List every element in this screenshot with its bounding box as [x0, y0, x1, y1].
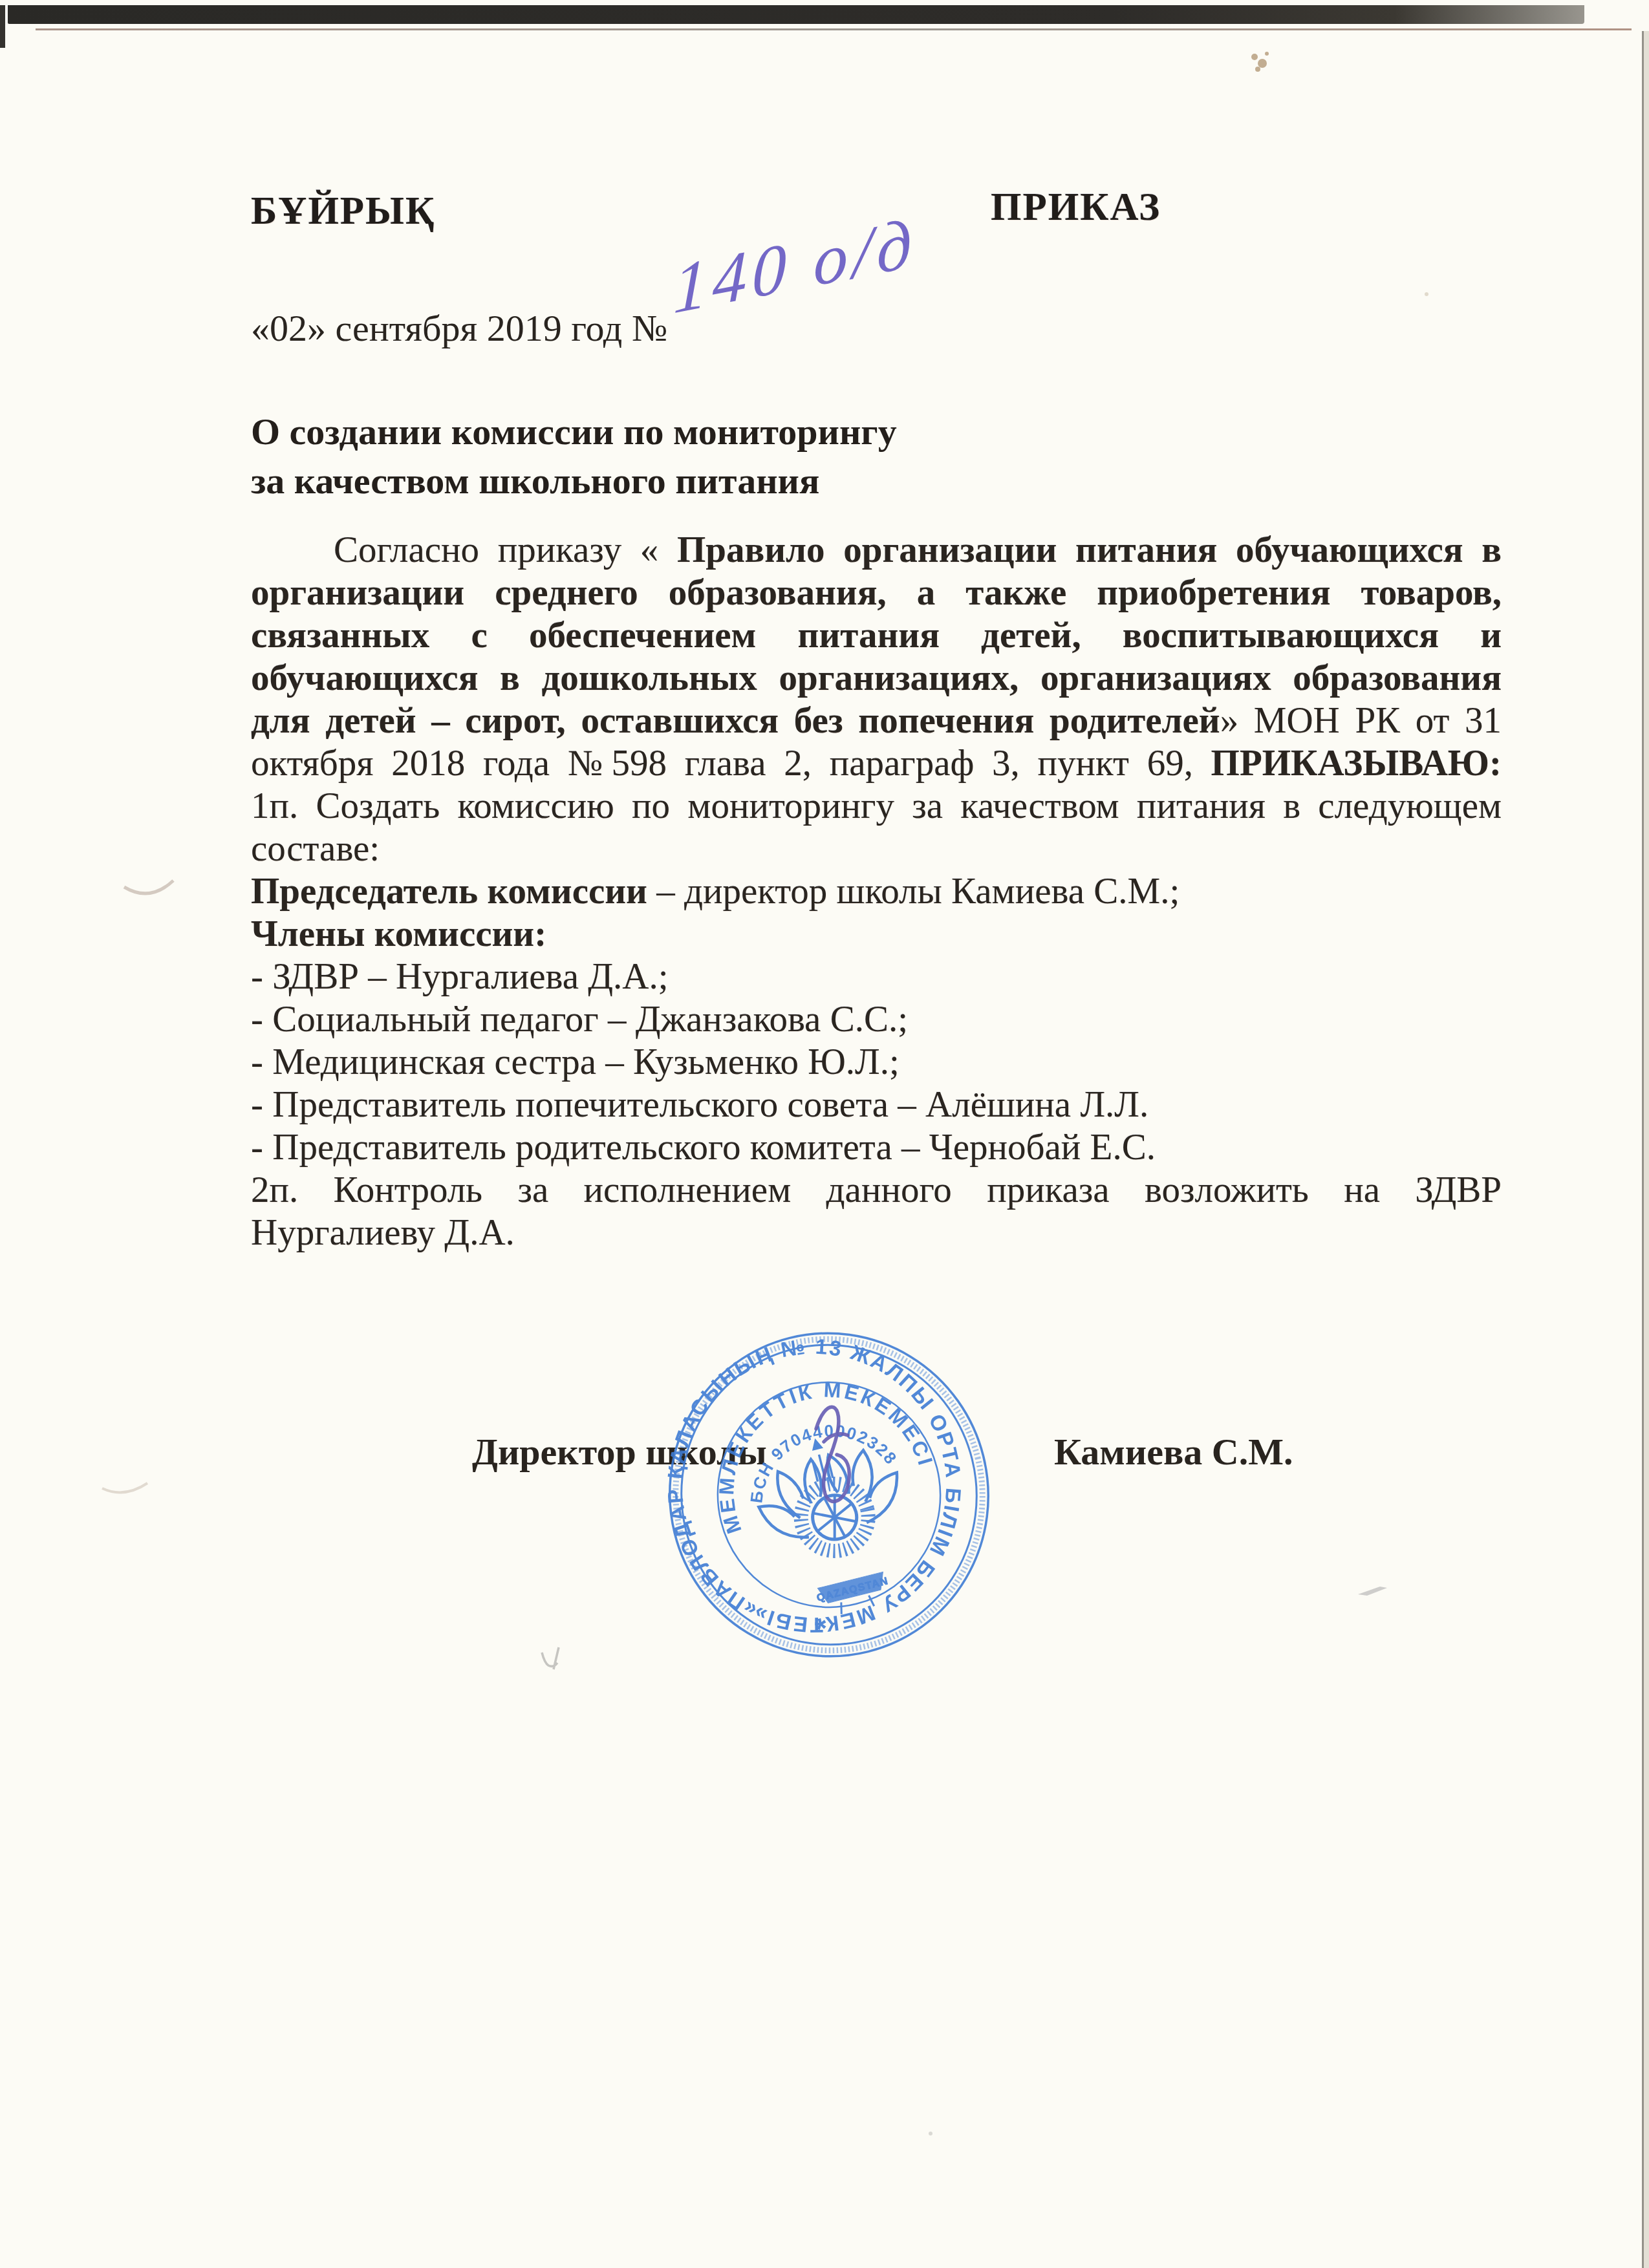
body-line: - Представитель родительского комитета –… [251, 1126, 1502, 1169]
body-line: Члены комиссии: [251, 913, 1502, 956]
body-text-regular: » МОН РК от 31 [1220, 700, 1502, 741]
body-line: составе: [251, 828, 1502, 870]
body-text-regular: – директор школы Камиева С.М.; [647, 871, 1180, 912]
body-text-bold: организации среднего образования, а такж… [251, 572, 1502, 613]
stamp-outer-text: «ПАВЛОДАР ҚАЛАСЫНЫҢ № 13 ЖАЛПЫ ОРТА БІЛІ… [661, 1324, 997, 1660]
body-text-regular: - Медицинская сестра – Кузьменко Ю.Л.; [251, 1042, 900, 1082]
body-text-regular: 1п. Создать комиссию по мониторингу за к… [251, 786, 1502, 826]
body-text-regular: Согласно приказу « [334, 530, 677, 570]
gray-dash-mark [1358, 1587, 1387, 1596]
body-text-bold: обучающихся в дошкольных организациях, о… [251, 658, 1502, 698]
title-kazakh: БҰЙРЫҚ [251, 189, 435, 234]
body-text-regular: составе: [251, 828, 380, 869]
body-line: Нургалиеву Д.А. [251, 1212, 1502, 1254]
body-line: Председатель комиссии – директор школы К… [251, 870, 1502, 913]
body-line: связанных с обеспечением питания детей, … [251, 614, 1502, 657]
body-text-bold: для детей – сирот, оставшихся без попече… [251, 700, 1220, 741]
signature-name: Камиева С.М. [1054, 1430, 1293, 1473]
body-line: - ЗДВР – Нургалиева Д.А.; [251, 956, 1502, 998]
handwritten-order-number: 140 о/д [673, 180, 1029, 331]
order-subject: О создании комиссии по мониторингу за ка… [251, 407, 897, 506]
subject-line-2: за качеством школьного питания [251, 456, 897, 506]
body-text-bold: Председатель комиссии [251, 871, 647, 912]
speck-2 [929, 2132, 932, 2135]
speck-1 [1425, 292, 1428, 296]
document-page: БҰЙРЫҚ ПРИКАЗ «02» сентября 2019 год № 1… [0, 0, 1649, 2268]
official-stamp: «ПАВЛОДАР ҚАЛАСЫНЫҢ № 13 ЖАЛПЫ ОРТА БІЛІ… [661, 1324, 997, 1660]
body-text-regular: - Социальный педагог – Джанзакова С.С.; [251, 999, 908, 1040]
body-line: организации среднего образования, а такж… [251, 572, 1502, 614]
pen-smudge-arc-2 [102, 1483, 147, 1492]
body-line: 1п. Создать комиссию по мониторингу за к… [251, 785, 1502, 828]
gray-tick-mark [542, 1647, 559, 1669]
body-line: для детей – сирот, оставшихся без попече… [251, 700, 1502, 742]
pen-smudge-arc-1 [124, 881, 173, 893]
body-text-regular: - ЗДВР – Нургалиева Д.А.; [251, 956, 669, 997]
body-line: - Социальный педагог – Джанзакова С.С.; [251, 998, 1502, 1041]
order-body: Согласно приказу « Правило организации п… [251, 529, 1502, 1254]
body-text-bold: ПРИКАЗЫВАЮ: [1211, 743, 1502, 784]
body-line: - Медицинская сестра – Кузьменко Ю.Л.; [251, 1041, 1502, 1084]
body-text-bold: Члены комиссии: [251, 914, 546, 954]
stamp-rings: «ПАВЛОДАР ҚАЛАСЫНЫҢ № 13 ЖАЛПЫ ОРТА БІЛІ… [661, 1324, 997, 1660]
body-text-regular: 2п. Контроль за исполнением данного прик… [251, 1170, 1502, 1210]
body-text-regular: - Представитель попечительского совета –… [251, 1084, 1148, 1125]
body-text-regular: Нургалиеву Д.А. [251, 1212, 515, 1253]
scan-artifact-left-edge [0, 5, 5, 48]
body-line: Согласно приказу « Правило организации п… [251, 529, 1502, 572]
body-line: - Представитель попечительского совета –… [251, 1084, 1502, 1126]
subject-line-1: О создании комиссии по мониторингу [251, 407, 897, 456]
date-number-line: «02» сентября 2019 год № [251, 306, 667, 350]
speck-cluster-top-right [1251, 52, 1269, 72]
scan-artifact-top-line [36, 28, 1632, 30]
body-text-regular: октября 2018 года №598 глава 2, параграф… [251, 743, 1211, 784]
body-text-bold: Правило организации питания обучающихся … [677, 530, 1502, 570]
scan-artifact-right-strip [1644, 31, 1649, 2268]
scan-artifact-top-bar [8, 5, 1584, 24]
body-text-regular: - Представитель родительского комитета –… [251, 1127, 1156, 1168]
body-line: 2п. Контроль за исполнением данного прик… [251, 1169, 1502, 1212]
body-line: октября 2018 года №598 глава 2, параграф… [251, 742, 1502, 785]
body-text-bold: связанных с обеспечением питания детей, … [251, 615, 1502, 656]
body-line: обучающихся в дошкольных организациях, о… [251, 657, 1502, 700]
